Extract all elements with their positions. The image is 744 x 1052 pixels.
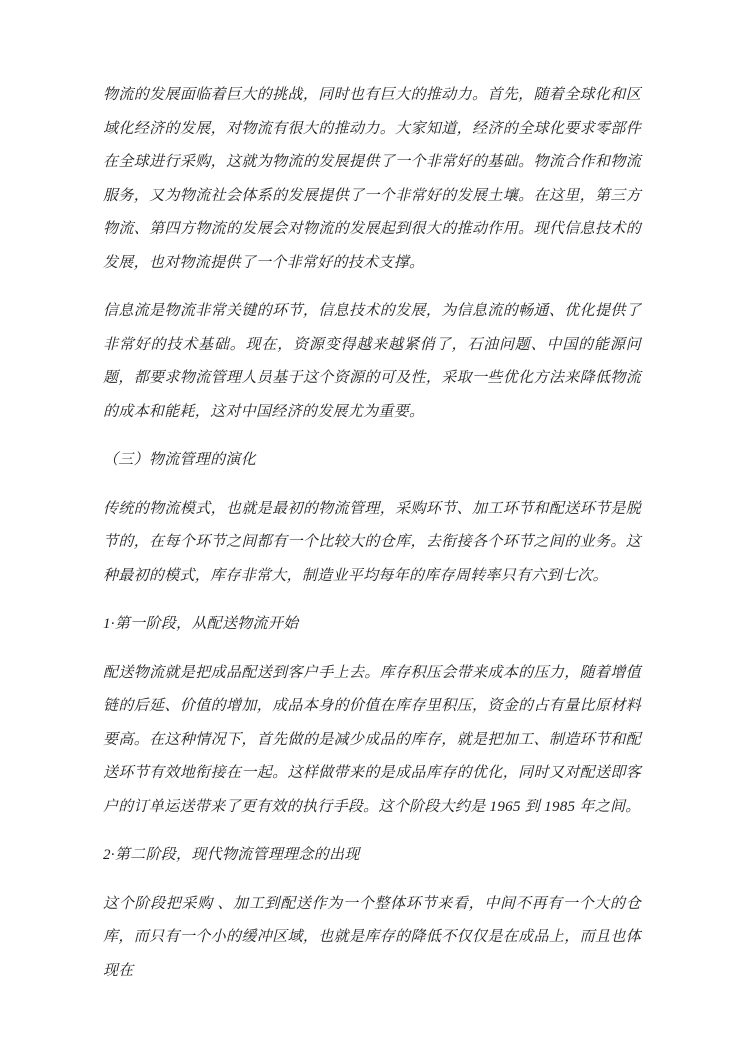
document-content: 物流的发展面临着巨大的挑战，同时也有巨大的推动力。首先，随着全球化和区域化经济的… bbox=[103, 79, 641, 988]
section-heading-logistics-evolution: （三）物流管理的演化 bbox=[103, 444, 641, 478]
subheading-stage-2: 2·第二阶段，现代物流管理理念的出现 bbox=[103, 839, 641, 873]
subheading-stage-1: 1·第一阶段，从配送物流开始 bbox=[103, 608, 641, 642]
paragraph-distribution-logistics: 配送物流就是把成品配送到客户手上去。库存积压会带来成本的压力，随着增值链的后延、… bbox=[103, 657, 641, 825]
paragraph-modern-logistics-concept: 这个阶段把采购 、加工到配送作为一个整体环节来看，中间不再有一个大的仓库，而只有… bbox=[103, 888, 641, 989]
paragraph-traditional-logistics-model: 传统的物流模式，也就是最初的物流管理，采购环节、加工环节和配送环节是脱节的，在每… bbox=[103, 493, 641, 594]
paragraph-logistics-challenges: 物流的发展面临着巨大的挑战，同时也有巨大的推动力。首先，随着全球化和区域化经济的… bbox=[103, 79, 641, 280]
paragraph-information-flow: 信息流是物流非常关键的环节，信息技术的发展，为信息流的畅通、优化提供了非常好的技… bbox=[103, 295, 641, 429]
document-page: 物流的发展面临着巨大的挑战，同时也有巨大的推动力。首先，随着全球化和区域化经济的… bbox=[0, 0, 744, 1052]
